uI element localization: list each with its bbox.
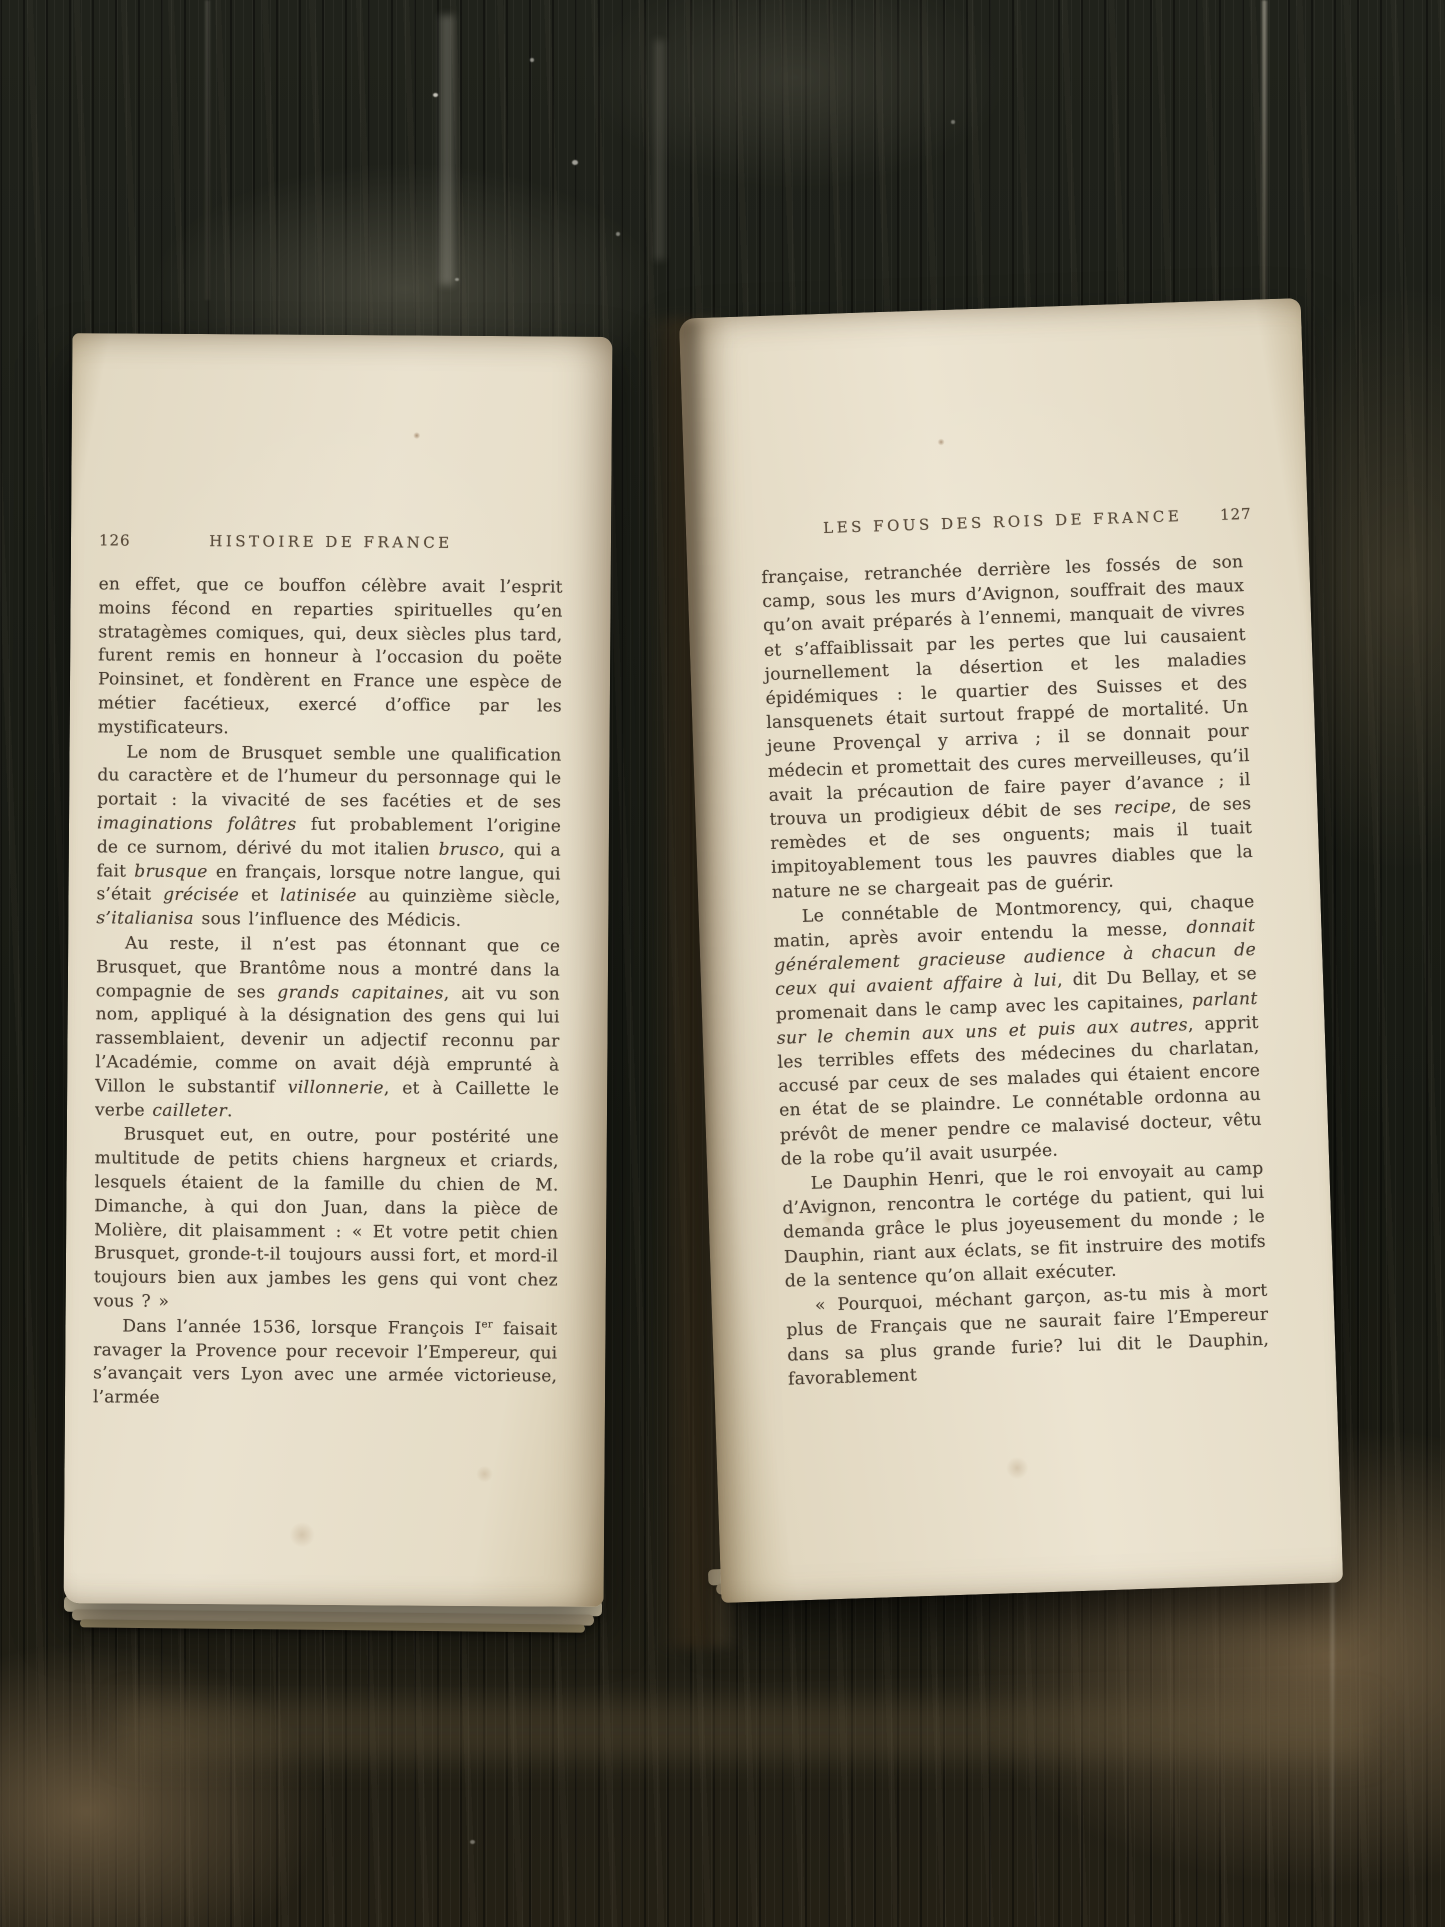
paragraph: en effet, que ce bouffon célèbre avait l… [98, 573, 563, 743]
paint-speck [470, 1840, 475, 1844]
paragraph: française, retranchée derrière les fossé… [761, 550, 1254, 905]
paint-speck [951, 120, 955, 124]
page-number-right: 127 [1220, 505, 1252, 524]
wood-table-surface: 126 HISTOIRE DE FRANCE en effet, que ce … [0, 0, 1445, 1927]
running-head-left: 126 HISTOIRE DE FRANCE [99, 531, 563, 552]
paint-speck [455, 278, 459, 281]
running-head-right: LES FOUS DES ROIS DE FRANCE 127 [760, 505, 1246, 539]
wood-scratch [440, 15, 454, 285]
paragraph: Brusquet eut, en outre, pour postérité u… [94, 1124, 559, 1318]
paragraph: Le connétable de Montmorency, qui, chaqu… [772, 890, 1263, 1172]
paint-speck [616, 232, 620, 236]
wood-seam [205, 0, 210, 300]
paragraph: Le Dauphin Henri, que le roi envoyait au… [781, 1157, 1267, 1294]
running-head-title-right: LES FOUS DES ROIS DE FRANCE [760, 505, 1246, 539]
book-page-right: LES FOUS DES ROIS DE FRANCE 127 français… [679, 298, 1343, 1603]
page-number-left: 126 [99, 531, 131, 549]
paragraph: Au reste, il n’est pas étonnant que ce B… [95, 932, 560, 1126]
paint-speck [433, 93, 438, 97]
paragraph: Dans l’année 1536, lorsque François Ier … [93, 1315, 558, 1413]
paint-speck [530, 58, 534, 62]
paragraph: Le nom de Brusquet semble une qualificat… [96, 741, 561, 935]
running-head-title-left: HISTOIRE DE FRANCE [99, 531, 563, 552]
wood-seam [1262, 0, 1267, 310]
page-text-left: en effet, que ce bouffon célèbre avait l… [93, 573, 563, 1414]
wood-scratch [655, 40, 664, 260]
book-page-left: 126 HISTOIRE DE FRANCE en effet, que ce … [64, 333, 613, 1607]
page-text-right: française, retranchée derrière les fossé… [761, 550, 1270, 1392]
open-book: 126 HISTOIRE DE FRANCE en effet, que ce … [60, 290, 1350, 1730]
paint-speck [572, 160, 578, 165]
paragraph: « Pourquoi, méchant garçon, as-tu mis à … [785, 1279, 1270, 1392]
